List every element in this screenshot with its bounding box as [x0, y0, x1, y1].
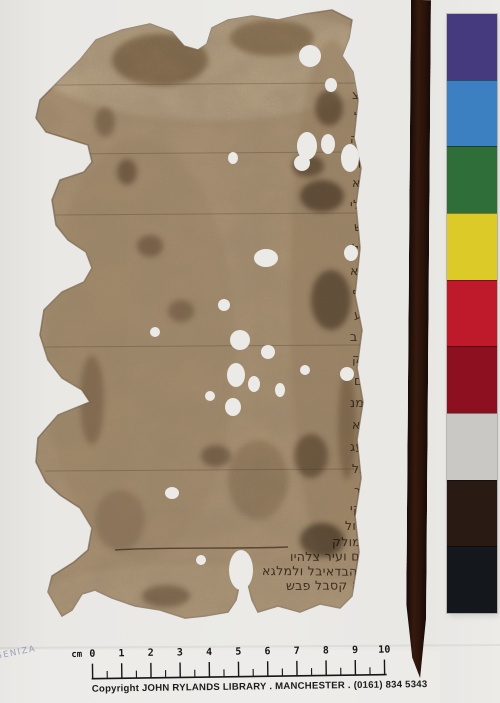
ruler-number: 10	[378, 645, 390, 656]
ruler-number: 9	[352, 645, 358, 656]
ruler-number: 2	[148, 648, 154, 659]
color-patch-light-gray	[447, 413, 497, 480]
color-patch-violet	[447, 14, 497, 80]
ruler-number: 3	[177, 647, 183, 658]
ruler-number: 5	[235, 647, 241, 658]
ruler-number: 0	[89, 649, 95, 660]
color-patch-blue	[447, 80, 497, 147]
ruler-unit-label: cm	[71, 650, 83, 660]
ruler-number: 4	[206, 647, 212, 658]
color-patch-green	[447, 146, 497, 213]
color-patch-yellow	[447, 213, 497, 280]
digitized-manuscript-photo: אלמאז אולי אשיל אלה בצאך ואצאב עין ואעינ…	[0, 0, 500, 703]
color-patch-red	[447, 280, 497, 347]
color-patch-maroon	[447, 346, 497, 413]
ruler-number: 8	[323, 645, 329, 656]
ruler-block: cm012345678910 Copyright JOHN RYLANDS LI…	[69, 640, 430, 703]
ruler-number: 1	[118, 648, 124, 659]
stains	[80, 20, 356, 607]
color-patch-dark-brown	[447, 480, 497, 547]
ruler-number: 7	[294, 646, 300, 657]
color-patch-black	[447, 546, 497, 613]
ruler: cm012345678910	[69, 640, 430, 685]
ruler-number: 6	[264, 646, 270, 657]
color-calibration-bar	[447, 14, 497, 613]
